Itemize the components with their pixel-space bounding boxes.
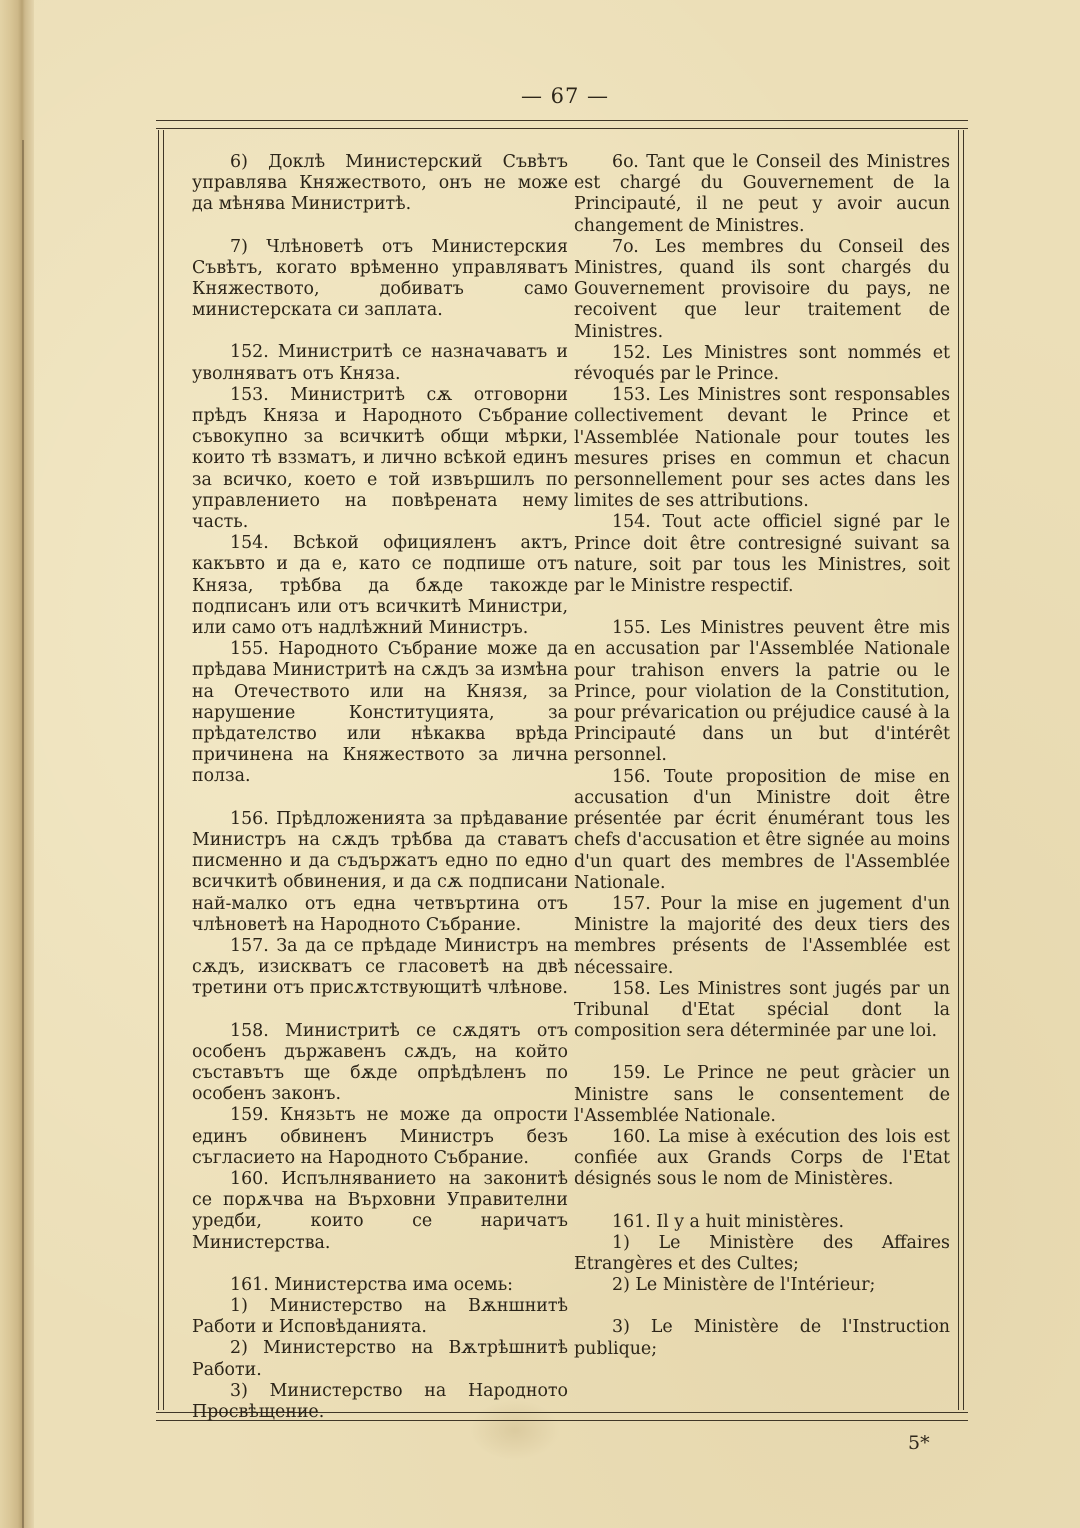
article-bg-161-item-1: 1) Министерство на Вѫншнитѣ Работи и Исп… — [192, 1296, 568, 1338]
article-bg-154: 154. Всѣкой официяленъ актъ, какъвто и д… — [192, 533, 568, 639]
article-bg-152: 152. Министритѣ се назначаватъ и уволняв… — [192, 342, 568, 384]
signature-mark: 5* — [908, 1432, 930, 1454]
article-bg-158: 158. Министритѣ се сѫдятъ отъ особенъ дъ… — [192, 1021, 568, 1106]
article-fr-157: 157. Pour la mise en jugement d'un Minis… — [574, 894, 950, 979]
article-fr-6: 6o. Tant que le Conseil des Ministres es… — [574, 152, 950, 237]
article-fr-7: 7o. Les membres du Conseil des Ministres… — [574, 237, 950, 343]
frame-left-rule — [158, 130, 164, 1410]
article-bg-6: 6) Доклѣ Министерский Съвѣтъ управлява К… — [192, 152, 568, 216]
article-fr-160: 160. La mise à exécution des lois est co… — [574, 1127, 950, 1191]
article-fr-159: 159. Le Prince ne peut gràcier un Minist… — [574, 1063, 950, 1127]
french-column: 6o. Tant que le Conseil des Ministres es… — [574, 152, 950, 1360]
article-fr-161: 161. Il y a huit ministères. — [574, 1212, 950, 1233]
frame-top-rule — [156, 120, 968, 129]
article-bg-157: 157. За да се прѣдаде Министръ на сѫдъ, … — [192, 936, 568, 1000]
article-fr-152: 152. Les Ministres sont nommés et révoqu… — [574, 343, 950, 385]
article-fr-161-item-1: 1) Le Ministère des Affaires Etrangères … — [574, 1233, 950, 1275]
page-binding-shadow — [0, 0, 34, 1528]
article-bg-156: 156. Прѣдложенията за прѣдавание Министр… — [192, 809, 568, 936]
bulgarian-column: 6) Доклѣ Министерский Съвѣтъ управлява К… — [192, 152, 568, 1423]
article-fr-161-item-2: 2) Le Ministère de l'Intérieur; — [574, 1275, 950, 1296]
article-fr-158: 158. Les Ministres sont jugés par un Tri… — [574, 979, 950, 1043]
article-bg-161-item-3: 3) Министерство на Народното Просвѣщение… — [192, 1381, 568, 1423]
article-bg-153: 153. Министритѣ сѫ отговорни прѣдъ Княза… — [192, 385, 568, 533]
article-fr-156: 156. Toute proposition de mise en accusa… — [574, 767, 950, 894]
article-bg-160: 160. Испълняванието на законитѣ се порѫч… — [192, 1169, 568, 1254]
article-fr-154: 154. Tout acte officiel signé par le Pri… — [574, 512, 950, 597]
article-bg-7: 7) Члѣноветѣ отъ Министерския Съвѣтъ, ко… — [192, 237, 568, 322]
page-number: — 67 — — [0, 84, 1080, 108]
article-bg-161-item-2: 2) Министерство на Вѫтрѣшнитѣ Работи. — [192, 1338, 568, 1380]
article-bg-161: 161. Министерства има осемь: — [192, 1275, 568, 1296]
article-fr-161-item-3: 3) Le Ministère de l'Instruction publiqu… — [574, 1317, 950, 1359]
article-bg-159: 159. Князьтъ не може да опрости единъ об… — [192, 1105, 568, 1169]
frame-right-rule — [958, 130, 964, 1410]
article-bg-155: 155. Народното Събрание може да прѣдава … — [192, 639, 568, 787]
article-fr-155: 155. Les Ministres peuvent être mis en a… — [574, 618, 950, 766]
article-fr-153: 153. Les Ministres sont responsables col… — [574, 385, 950, 512]
binding-edge-line — [22, 140, 24, 1528]
